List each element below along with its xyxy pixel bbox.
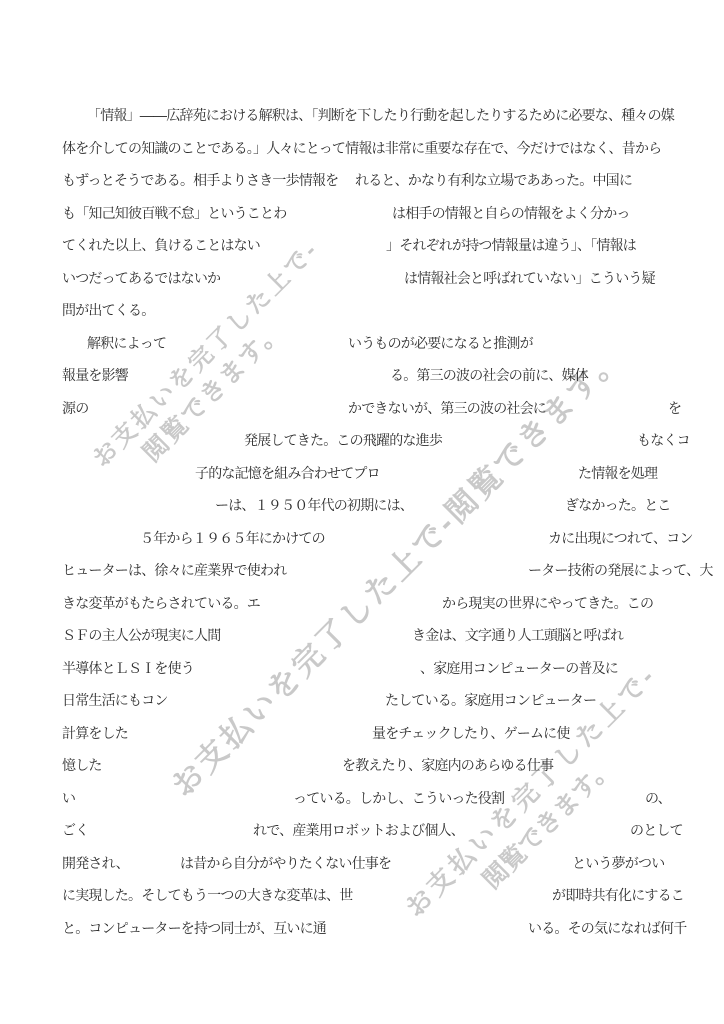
text-line-19-segment-2: たしている。家庭用コンピューター	[385, 692, 596, 709]
text-line-14-segment-2: カに出現につれて、コン	[548, 530, 693, 547]
text-line-1-segment-1: 「情報」——広辞苑における解釈は、「判断を下したり行動を起したりするために必要な…	[87, 107, 674, 124]
text-line-23-segment-3: のとして	[630, 822, 683, 839]
text-line-22-segment-3: の、	[645, 790, 671, 807]
text-line-25-segment-2: が即時共有化にするこ	[552, 887, 684, 904]
text-line-15-segment-2: ーター技術の発展によって、大	[528, 562, 713, 579]
text-line-3-segment-1: もずっとそうである。相手よりさき一歩情報を	[62, 172, 338, 189]
text-line-22-segment-1: い	[62, 790, 75, 807]
text-line-21-segment-1: 憶した	[62, 757, 102, 774]
text-line-4-segment-2: は相手の情報と自らの情報をよく分かっ	[392, 205, 630, 222]
text-line-18-segment-2: 、家庭用コンピューターの普及に	[420, 660, 618, 677]
text-line-23-segment-2: れで、産業用ロボットおよび個人、	[253, 822, 464, 839]
text-line-14-segment-1: ５年から１９６５年にかけての	[140, 530, 325, 547]
text-line-9-segment-2: る。第三の波の社会の前に、媒体	[390, 367, 588, 384]
scanned-document-page: お支払いを完了した上で-閲覧できます。お支払いを完了した上で-閲覧できます。お支…	[0, 0, 724, 1024]
text-line-10-segment-2: かできないが、第三の波の社会に	[348, 400, 546, 417]
text-line-21-segment-2: を教えたり、家庭内のあらゆる仕事	[342, 757, 553, 774]
text-line-19-segment-1: 日常生活にもコン	[62, 692, 168, 709]
text-line-3-segment-2: れると、かなり有利な立場でああった。中国に	[355, 172, 632, 189]
text-line-13-segment-2: ぎなかった。とこ	[565, 497, 671, 514]
text-line-5-segment-2: 」それぞれが持つ情報量は違う」、「情報は	[386, 237, 636, 254]
text-line-11-segment-1: 発展してきた。この飛躍的な進歩	[244, 432, 442, 449]
text-line-15-segment-1: ヒューターは、徐々に産業界で使われ	[62, 562, 286, 579]
text-line-23-segment-1: ごく	[62, 822, 88, 839]
text-line-8-segment-2: いうものが必要になると推測が	[348, 335, 533, 352]
text-line-26-segment-2: いる。その気になれば何千	[528, 920, 686, 937]
text-line-24-segment-1: 開発され、	[62, 855, 129, 872]
text-line-10-segment-1: 源の	[62, 400, 88, 417]
text-line-17-segment-2: き金は、文字通り人工頭脳と呼ばれ	[412, 627, 623, 644]
text-line-25-segment-1: に実現した。そしてもう一つの大きな変革は、世	[62, 887, 352, 904]
text-line-11-segment-2: もなくコ	[637, 432, 690, 449]
text-line-16-segment-2: から現実の世界にやってきた。この	[442, 595, 653, 612]
text-line-10-segment-3: を	[668, 400, 681, 417]
text-line-26-segment-1: と。コンピューターを持つ同士が、互いに通	[62, 920, 326, 937]
text-line-22-segment-2: っている。しかし、こういった役割	[293, 790, 504, 807]
text-line-17-segment-1: ＳＦの主人公が現実に人間	[62, 627, 220, 644]
text-line-20-segment-1: 計算をした	[62, 725, 128, 742]
text-line-12-segment-2: た情報を処理	[578, 465, 657, 482]
text-line-7-segment-1: 問が出てくる。	[62, 302, 154, 319]
text-line-4-segment-1: も「知己知彼百戦不怠」ということわ	[62, 205, 286, 222]
text-line-2-segment-1: 体を介しての知識のことである。」人々にとって情報は非常に重要な存在で、今だけでは…	[62, 140, 661, 157]
text-line-18-segment-1: 半導体とＬＳＩを使う	[62, 660, 194, 677]
text-line-24-segment-2: は昔から自分がやりたくない仕事を	[180, 855, 391, 872]
text-line-8-segment-1: 解釈によって	[87, 335, 166, 352]
text-line-6-segment-2: は情報社会と呼ばれていない」こういう疑	[404, 270, 655, 287]
document-text-layer: 「情報」——広辞苑における解釈は、「判断を下したり行動を起したりするために必要な…	[0, 0, 724, 1024]
text-line-9-segment-1: 報量を影響	[62, 367, 128, 384]
text-line-13-segment-1: ーは、１９５０年代の初期には、	[215, 497, 413, 514]
text-line-6-segment-1: いつだってあるではないか	[62, 270, 220, 287]
text-line-5-segment-1: てくれた以上、負けることはない	[62, 237, 260, 254]
text-line-20-segment-2: 量をチェックしたり、ゲームに使	[372, 725, 570, 742]
text-line-24-segment-3: という夢がつい	[572, 855, 664, 872]
text-line-12-segment-1: 子的な記憶を組み合わせてプロ	[195, 465, 380, 482]
text-line-16-segment-1: きな変革がもたらされている。エ	[62, 595, 260, 612]
